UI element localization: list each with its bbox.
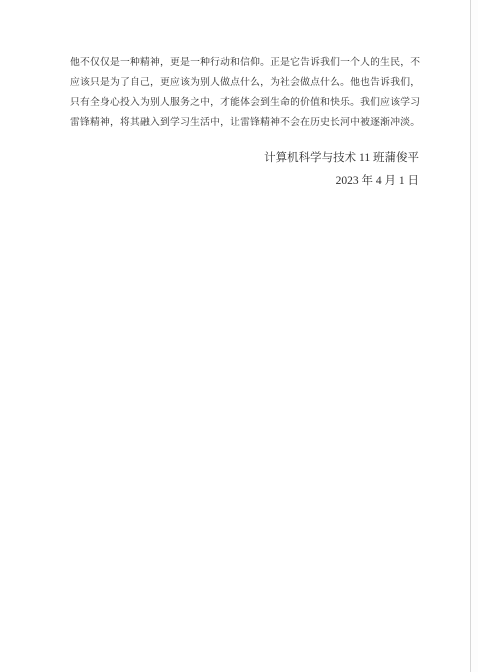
signature-block: 计算机科学与技术 11 班蒲俊平 2023 年 4 月 1 日 [70,147,419,193]
paragraph-line-4: 雷锋精神，将其融入到学习生活中，让雷锋精神不会在历史长河中被逐渐冲淡。 [70,113,420,133]
date-line: 2023 年 4 月 1 日 [70,170,419,193]
body-paragraph: 他不仅仅是一种精神，更是一种行动和信仰。正是它告诉我们一个人的生民，不 应该只是… [70,53,420,133]
paragraph-line-2: 应该只是为了自己，更应该为别人做点什么，为社会做点什么。他也告诉我们， [70,73,420,93]
paragraph-line-3: 只有全身心投入为别人服务之中，才能体会到生命的价值和快乐。我们应该学习 [70,93,420,113]
signature-line: 计算机科学与技术 11 班蒲俊平 [70,147,419,170]
page-outside-margin [471,0,478,672]
document-page: 他不仅仅是一种精神，更是一种行动和信仰。正是它告诉我们一个人的生民，不 应该只是… [0,0,471,672]
paragraph-line-1: 他不仅仅是一种精神，更是一种行动和信仰。正是它告诉我们一个人的生民，不 [70,53,420,73]
document-viewport: 他不仅仅是一种精神，更是一种行动和信仰。正是它告诉我们一个人的生民，不 应该只是… [0,0,478,672]
